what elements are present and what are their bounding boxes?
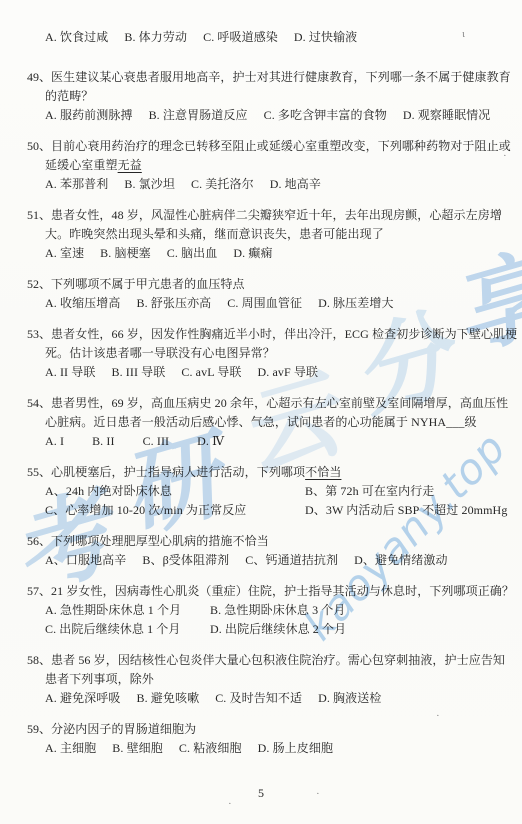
scan-artifact: · [436, 710, 440, 722]
question-block: 49、医生建议某心衰患者服用地高辛，护士对其进行健康教育，下列哪一条不属于健康教… [0, 68, 522, 125]
option-item: D、避免情绪激动 [354, 553, 447, 567]
option-item: D. avF 导联 [258, 365, 319, 379]
option-item: A. II 导联 [45, 365, 95, 379]
question-number: 57、 [27, 584, 51, 598]
question-stem-line: 55、心肌梗塞后，护士指导病人进行活动，下列哪项不恰当 [45, 463, 514, 482]
option-item: C. III [143, 434, 170, 448]
question-block: 54、患者男性，69 岁，高血压病史 20 余年，心超示有左心室前壁及室间隔增厚… [0, 394, 522, 451]
question-stem-line: 54、患者男性，69 岁，高血压病史 20 余年，心超示有左心室前壁及室间隔增厚… [45, 394, 514, 413]
question-number: 53、 [27, 327, 51, 341]
question-stem-line: 51、患者女性，48 岁，风湿性心脏病伴二尖瓣狭窄近十年，去年出现房颤，心超示左… [45, 206, 514, 225]
question-block: 50、目前心衰用药治疗的理念已转移至阻止或延缓心室重塑改变，下列哪种药物对于阻止… [0, 137, 522, 194]
option-item: B. 急性期卧床休息 3 个月 [210, 601, 514, 620]
stem-text: 延缓心室重塑 [45, 158, 118, 172]
question-stem-line: 58、患者 56 岁，因结核性心包炎伴大量心包积液住院治疗。需心包穿刺抽液，护士… [45, 651, 514, 670]
question-stem-line: 患者下列事项，除外 [45, 670, 514, 689]
option-item: B. 体力劳动 [124, 30, 187, 44]
option-item: B、第 72h 可在室内行走 [305, 482, 514, 501]
scanned-exam-page: A. 饮食过咸B. 体力劳动C. 呼吸道感染D. 过快输液49、医生建议某心衰患… [0, 0, 522, 824]
options-row: A、24h 内绝对卧床休息B、第 72h 可在室内行走C、心率增加 10-20 … [45, 482, 514, 520]
option-item: C. 多吃含钾丰富的食物 [264, 108, 387, 122]
option-item: A. 急性期卧床休息 1 个月 [45, 601, 210, 620]
option-item: C. 及时告知不适 [215, 691, 302, 705]
question-stem-line: 延缓心室重塑无益 [45, 156, 514, 175]
options-row: A. 收缩压增高B. 舒张压亦高C. 周围血管征D. 脉压差增大 [45, 294, 514, 313]
question-block: 59、分泌内因子的胃肠道细胞为A. 主细胞B. 壁细胞C. 粘液细胞D. 肠上皮… [0, 720, 522, 758]
stem-text: 患者 56 岁，因结核性心包炎伴大量心包积液住院治疗。需心包穿刺抽液，护士应告知 [51, 653, 505, 667]
question-stem-line: 59、分泌内因子的胃肠道细胞为 [45, 720, 514, 739]
stem-underlined-text: 不恰当 [305, 465, 341, 479]
stem-text: 患者男性，69 岁，高血压病史 20 余年，心超示有左心室前壁及室间隔增厚，高血… [51, 396, 508, 410]
stem-text: 心脏病。近日患者一般活动后感心悸、气急，试问患者的心功能属于 NYHA___级 [45, 415, 477, 429]
question-stem-line: 心脏病。近日患者一般活动后感心悸、气急，试问患者的心功能属于 NYHA___级 [45, 413, 514, 432]
question-stem-line: 50、目前心衰用药治疗的理念已转移至阻止或延缓心室重塑改变，下列哪种药物对于阻止… [45, 137, 514, 156]
option-item: A. 避免深呼吸 [45, 691, 120, 705]
option-item: D. 过快输液 [294, 30, 357, 44]
question-stem-line: 的范畴？ [45, 87, 514, 106]
option-item: A. 主细胞 [45, 741, 96, 755]
option-item: C. 美托洛尔 [191, 177, 254, 191]
option-item: B. II [92, 434, 115, 448]
stem-text: 下列哪项处理肥厚型心肌病的措施不恰当 [51, 534, 269, 548]
question-number: 58、 [27, 653, 51, 667]
question-block: 53、患者女性，66 岁，因发作性胸痛近半小时，伴出冷汗，ECG 检查初步诊断为… [0, 325, 522, 382]
option-item: C. 粘液细胞 [179, 741, 242, 755]
option-item: D. 出院后继续休息 2 个月 [210, 620, 514, 639]
option-item: A. 服药前测脉搏 [45, 108, 133, 122]
option-item: C、心率增加 10-20 次/min 为正常反应 [45, 501, 305, 520]
options-row: A. 服药前测脉搏B. 注意胃肠道反应C. 多吃含钾丰富的食物D. 观察睡眠情况 [45, 106, 514, 125]
stem-text: 下列哪项不属于甲亢患者的血压特点 [51, 277, 245, 291]
scan-artifact: · [503, 150, 507, 162]
options-row: A. 避免深呼吸B. 避免咳嗽C. 及时告知不适D. 胸液送检 [45, 689, 514, 708]
options-row: A. II 导联B. III 导联C. avL 导联D. avF 导联 [45, 363, 514, 382]
options-row: A. 室速B. 脑梗塞C. 脑出血D. 癫痫 [45, 244, 514, 263]
option-item: A. 饮食过咸 [45, 30, 108, 44]
option-item: C. 出院后继续休息 1 个月 [45, 620, 210, 639]
stem-text: 心肌梗塞后，护士指导病人进行活动，下列哪项 [51, 465, 305, 479]
question-stem-line: 56、下列哪项处理肥厚型心肌病的措施不恰当 [45, 532, 514, 551]
option-item: A. 苯那普利 [45, 177, 108, 191]
scan-artifact: · [343, 698, 347, 710]
option-item: A. I [45, 434, 64, 448]
options-row: A. IB. IIC. IIID. Ⅳ [45, 432, 514, 451]
scan-artifact: ι [462, 28, 465, 40]
question-block: 51、患者女性，48 岁，风湿性心脏病伴二尖瓣狭窄近十年，去年出现房颤，心超示左… [0, 206, 522, 263]
question-number: 59、 [27, 722, 51, 736]
stem-underlined-text: 无益 [118, 158, 142, 172]
option-item: D. 脉压差增大 [318, 296, 393, 310]
question-number: 52、 [27, 277, 51, 291]
option-item: D. Ⅳ [197, 434, 224, 448]
option-item: B. 脑梗塞 [100, 246, 151, 260]
option-item: B. 注意胃肠道反应 [149, 108, 248, 122]
question-stem-line: 死。估计该患者哪一导联没有心电图异常？ [45, 344, 514, 363]
option-item: B. III 导联 [111, 365, 165, 379]
option-item: C. avL 导联 [181, 365, 241, 379]
stem-text: 患者女性，66 岁，因发作性胸痛近半小时，伴出冷汗，ECG 检查初步诊断为下壁心… [51, 327, 517, 341]
question-list: A. 饮食过咸B. 体力劳动C. 呼吸道感染D. 过快输液49、医生建议某心衰患… [0, 28, 522, 770]
option-item: C. 脑出血 [167, 246, 218, 260]
option-item: D. 观察睡眠情况 [403, 108, 491, 122]
question-stem-line: 49、医生建议某心衰患者服用地高辛，护士对其进行健康教育，下列哪一条不属于健康教… [45, 68, 514, 87]
option-item: A. 室速 [45, 246, 84, 260]
option-item: D. 肠上皮细胞 [258, 741, 333, 755]
scan-artifact: · [316, 788, 320, 800]
stem-text: 患者女性，48 岁，风湿性心脏病伴二尖瓣狭窄近十年，去年出现房颤，心超示左房增 [51, 208, 502, 222]
option-item: A. 收缩压增高 [45, 296, 120, 310]
question-number: 56、 [27, 534, 51, 548]
option-item: A、口服地高辛 [45, 553, 126, 567]
option-item: C. 周围血管征 [227, 296, 302, 310]
page-number: 5 [0, 786, 522, 801]
question-block: 55、心肌梗塞后，护士指导病人进行活动，下列哪项不恰当A、24h 内绝对卧床休息… [0, 463, 522, 520]
stem-text: 21 岁女性，因病毒性心肌炎（重症）住院，护士指导其活动与休息时，下列哪项正确？ [51, 584, 514, 598]
question-stem-line: 57、21 岁女性，因病毒性心肌炎（重症）住院，护士指导其活动与休息时，下列哪项… [45, 582, 514, 601]
question-block: 56、下列哪项处理肥厚型心肌病的措施不恰当A、口服地高辛B、β受体阻滞剂C、钙通… [0, 532, 522, 570]
option-item: C. 呼吸道感染 [203, 30, 278, 44]
question-block: 58、患者 56 岁，因结核性心包炎伴大量心包积液住院治疗。需心包穿刺抽液，护士… [0, 651, 522, 708]
options-row: A. 苯那普利B. 氯沙坦C. 美托洛尔D. 地高辛 [45, 175, 514, 194]
question-number: 51、 [27, 208, 51, 222]
option-item: D. 癫痫 [233, 246, 272, 260]
stem-text: 分泌内因子的胃肠道细胞为 [51, 722, 196, 736]
stem-text: 目前心衰用药治疗的理念已转移至阻止或延缓心室重塑改变，下列哪种药物对于阻止或 [51, 139, 511, 153]
question-stem-line: 53、患者女性，66 岁，因发作性胸痛近半小时，伴出冷汗，ECG 检查初步诊断为… [45, 325, 514, 344]
option-item: B. 舒张压亦高 [136, 296, 211, 310]
stem-text: 的范畴？ [45, 89, 93, 103]
question-number: 54、 [27, 396, 51, 410]
options-row: A. 主细胞B. 壁细胞C. 粘液细胞D. 肠上皮细胞 [45, 739, 514, 758]
option-item: B. 避免咳嗽 [136, 691, 199, 705]
scan-artifact: · [228, 798, 232, 810]
option-item: A、24h 内绝对卧床休息 [45, 482, 305, 501]
option-item: D. 胸液送检 [318, 691, 381, 705]
option-item: D. 地高辛 [270, 177, 321, 191]
option-item: B、β受体阻滞剂 [142, 553, 229, 567]
option-item: B. 氯沙坦 [124, 177, 175, 191]
stem-text: 大。昨晚突然出现头晕和头痛，继而意识丧失，患者可能出现了 [45, 227, 384, 241]
option-item: C、钙通道拮抗剂 [245, 553, 338, 567]
question-stem-line: 52、下列哪项不属于甲亢患者的血压特点 [45, 275, 514, 294]
question-number: 55、 [27, 465, 51, 479]
options-row: A. 急性期卧床休息 1 个月B. 急性期卧床休息 3 个月C. 出院后继续休息… [45, 601, 514, 639]
question-number: 50、 [27, 139, 51, 153]
orphan-options-block: A. 饮食过咸B. 体力劳动C. 呼吸道感染D. 过快输液 [0, 28, 522, 47]
question-block: 52、下列哪项不属于甲亢患者的血压特点A. 收缩压增高B. 舒张压亦高C. 周围… [0, 275, 522, 313]
stem-text: 死。估计该患者哪一导联没有心电图异常？ [45, 346, 275, 360]
question-number: 49、 [27, 70, 51, 84]
options-row: A、口服地高辛B、β受体阻滞剂C、钙通道拮抗剂D、避免情绪激动 [45, 551, 514, 570]
option-item: D、3W 内活动后 SBP 不超过 20mmHg [305, 501, 514, 520]
option-item: B. 壁细胞 [112, 741, 163, 755]
question-block: 57、21 岁女性，因病毒性心肌炎（重症）住院，护士指导其活动与休息时，下列哪项… [0, 582, 522, 639]
question-stem-line: 大。昨晚突然出现头晕和头痛，继而意识丧失，患者可能出现了 [45, 225, 514, 244]
stem-text: 医生建议某心衰患者服用地高辛，护士对其进行健康教育，下列哪一条不属于健康教育 [51, 70, 511, 84]
options-row: A. 饮食过咸B. 体力劳动C. 呼吸道感染D. 过快输液 [45, 28, 514, 47]
stem-text: 患者下列事项，除外 [45, 672, 154, 686]
